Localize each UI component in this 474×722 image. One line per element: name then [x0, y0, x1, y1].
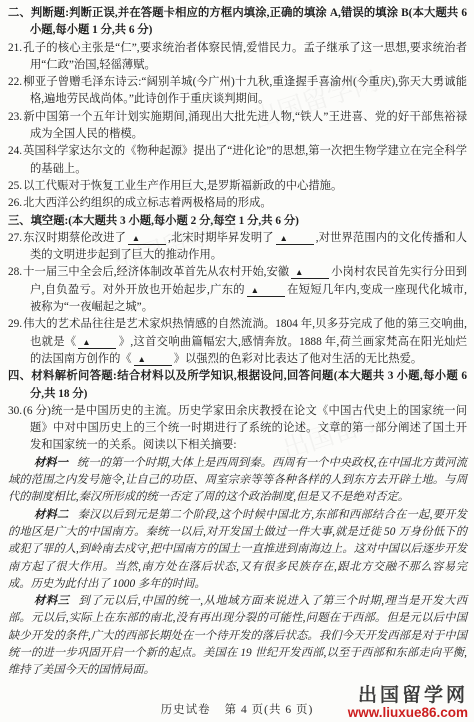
- fill-item-29: 29.伟大的艺术品往往是艺术家炽热情感的自然流淌。1804 年,贝多芬完成了他的…: [8, 316, 467, 368]
- item-number: 30.: [8, 405, 22, 417]
- item-text: 孔子的核心主张是“仁”,要求统治者体察民情,爱惜民力。孟子继承了这一思想,要求统…: [23, 42, 467, 71]
- item-text: 十一届三中全会后,经济体制改革首先从农村开始,安徽: [23, 266, 289, 278]
- site-watermark: 出国留学网 www.liuxue86.com: [348, 686, 468, 720]
- item-number: 23.: [8, 111, 22, 123]
- exam-body: 二、判断题:判断正误,并在答题卡相应的方框内填涂,正确的填涂 A,错误的填涂 B…: [0, 0, 474, 680]
- answer-blank-triangle: ▲: [291, 267, 329, 279]
- item-number: 28.: [8, 266, 22, 278]
- section-material-header: 四、材料解析问答题:结合材料以及所学知识,根据设问,回答问题(本大题共 3 小题…: [8, 368, 467, 403]
- material-3-paragraph: 材料三到了元以后,中国的统一,从地域方面来说进入了第三个时期,理当是开发大西部。…: [8, 593, 467, 679]
- item-text: ,北宋时期毕昇发明了: [168, 232, 274, 244]
- footer-page-number: 第 4 页(共 6 页): [225, 704, 314, 716]
- judge-item-21: 21.孔子的核心主张是“仁”,要求统治者体察民情,爱惜民力。孟子继承了这一思想,…: [8, 40, 467, 75]
- material-3-text: 到了元以后,中国的统一,从地域方面来说进入了第三个时期,理当是开发大西部。元以后…: [8, 595, 467, 676]
- material-3-label: 材料三: [34, 595, 70, 607]
- fill-item-28: 28.十一届三中全会后,经济体制改革首先从农村开始,安徽▲小岗村农民首先实行分田…: [8, 264, 467, 316]
- item-number: 25.: [8, 180, 22, 192]
- material-question-30: 30.(6 分)统一是中国历史的主流。历史学家田余庆教授在论文《中国古代史上的国…: [8, 403, 467, 455]
- watermark-site-name: 出国留学网: [348, 686, 468, 706]
- answer-blank-triangle: ▲: [247, 285, 285, 297]
- item-text: 以工代赈对于恢复工业生产作用巨大,是罗斯福新政的中心措施。: [23, 180, 342, 192]
- material-2-paragraph: 材料二秦汉以后到元是第二个阶段,这个时候中国北方,东部和西部结合在一起,要开发的…: [8, 507, 467, 593]
- judge-item-26: 26.北大西洋公约组织的成立标志着两极格局的形成。: [8, 195, 467, 212]
- item-text: 北大西洋公约组织的成立标志着两极格局的形成。: [23, 197, 272, 209]
- answer-blank-triangle: ▲: [128, 233, 166, 245]
- item-text: 东汉时期蔡伦改进了: [23, 232, 126, 244]
- item-text: (6 分)统一是中国历史的主流。历史学家田余庆教授在论文《中国古代史上的国家统一…: [23, 405, 467, 452]
- material-2-label: 材料二: [34, 509, 69, 521]
- item-number: 26.: [8, 197, 22, 209]
- item-number: 21.: [8, 42, 22, 54]
- material-1-paragraph: 材料一统一的第一个时期,大体上是西周到秦。西周有一个中央政权,在中国北方黄河流域…: [8, 455, 467, 507]
- answer-blank-triangle: ▲: [276, 233, 314, 245]
- judge-item-23: 23.新中国第一个五年计划实施期间,涌现出大批先进人物,“铁人”王进喜、党的好干…: [8, 109, 467, 144]
- material-1-label: 材料一: [34, 457, 68, 469]
- answer-blank-triangle: ▲: [78, 337, 116, 349]
- item-text: 》以强烈的色彩对比表达了他对生活的无比热爱。: [174, 353, 423, 365]
- item-number: 29.: [8, 318, 22, 330]
- item-text: 英国科学家达尔文的《物种起源》提出了“进化论”的思想,第一次把生物学建立在完全科…: [23, 145, 467, 174]
- judge-item-22: 22.柳亚子曾赠毛泽东诗云:“阔别羊城(今广州)十九秋,重逢握手喜渝州(今重庆)…: [8, 74, 467, 109]
- item-text: 柳亚子曾赠毛泽东诗云:“阔别羊城(今广州)十九秋,重逢握手喜渝州(今重庆),弥天…: [23, 76, 467, 105]
- fill-item-27: 27.东汉时期蔡伦改进了▲,北宋时期毕昇发明了▲,对世界范围内的文化传播和人类的…: [8, 230, 467, 265]
- answer-blank-triangle: ▲: [134, 354, 172, 366]
- material-2-text: 秦汉以后到元是第二个阶段,这个时候中国北方,东部和西部结合在一起,要开发的地区是…: [8, 509, 467, 590]
- item-number: 27.: [8, 232, 22, 244]
- section-fill-header: 三、填空题:(本大题共 3 小题,每小题 2 分,每空 1 分,共 6 分): [8, 213, 467, 230]
- item-number: 24.: [8, 145, 22, 157]
- material-1-text: 统一的第一个时期,大体上是西周到秦。西周有一个中央政权,在中国北方黄河流域的范围…: [8, 457, 467, 504]
- footer-exam-name: 历史试卷: [161, 704, 211, 716]
- judge-item-25: 25.以工代赈对于恢复工业生产作用巨大,是罗斯福新政的中心措施。: [8, 178, 467, 195]
- judge-item-24: 24.英国科学家达尔文的《物种起源》提出了“进化论”的思想,第一次把生物学建立在…: [8, 143, 467, 178]
- exam-paper-page: 出国留学网 出国留学网 出国留学网 二、判断题:判断正误,并在答题卡相应的方框内…: [0, 0, 474, 722]
- watermark-site-url: www.liuxue86.com: [348, 706, 468, 720]
- item-number: 22.: [8, 76, 22, 88]
- item-text: 新中国第一个五年计划实施期间,涌现出大批先进人物,“铁人”王进喜、党的好干部焦裕…: [23, 111, 467, 140]
- section-judge-header: 二、判断题:判断正误,并在答题卡相应的方框内填涂,正确的填涂 A,错误的填涂 B…: [8, 5, 467, 40]
